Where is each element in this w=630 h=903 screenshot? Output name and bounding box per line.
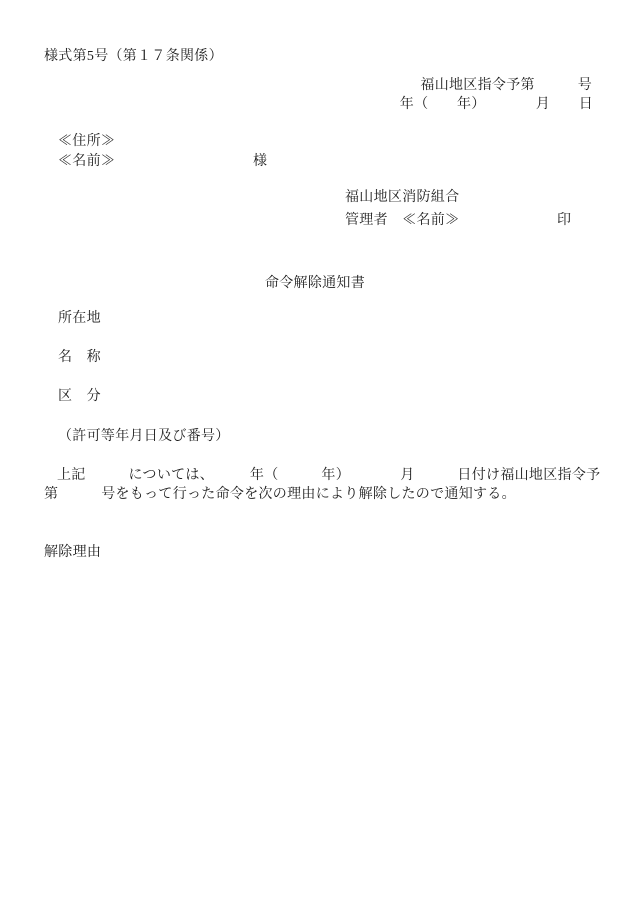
date-line: 年（ 年） 月 日 [0,97,593,113]
document-page: 様式第5号（第１７条関係） 福山地区指令予第 号 年（ 年） 月 日 ≪住所≫ … [0,0,630,903]
release-reason-label: 解除理由 [44,545,101,561]
recipient-name-placeholder: ≪名前≫ [58,154,115,170]
seal-mark: 印 [557,213,571,229]
body-paragraph-line2: 第 号をもって行った命令を次の理由により解除したので通知する。 [44,487,516,503]
permit-date-note: （許可等年月日及び番号） [58,429,230,445]
body-paragraph-line1: 上記 については、 年（ 年） 月 日付け福山地区指令予 [57,468,600,484]
recipient-honorific: 様 [253,154,267,170]
field-name-label: 名 称 [58,350,101,366]
document-title: 命令解除通知書 [0,276,630,292]
sender-manager-line: 管理者 ≪名前≫ [345,213,459,229]
field-location-label: 所在地 [58,311,101,327]
sender-organization: 福山地区消防組合 [345,190,459,206]
field-category-label: 区 分 [58,389,101,405]
recipient-address-placeholder: ≪住所≫ [58,134,115,150]
doc-number-line: 福山地区指令予第 号 [0,78,592,94]
form-number: 様式第5号（第１７条関係） [44,49,223,65]
